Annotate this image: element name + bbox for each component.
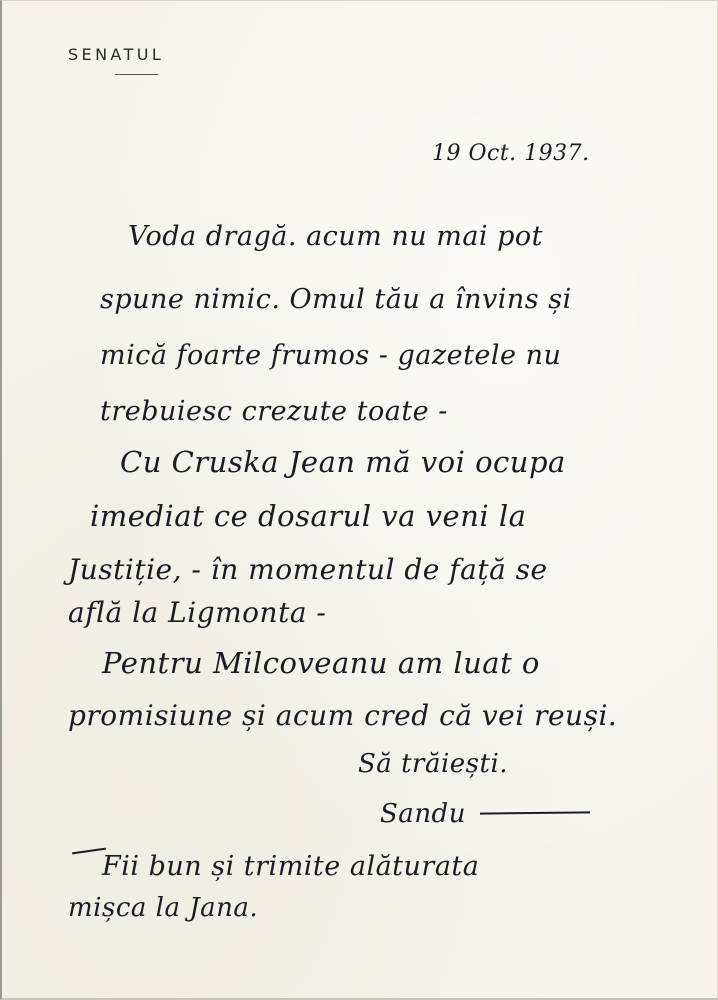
- body-line: Voda dragă. acum nu mai pot: [128, 221, 543, 252]
- postscript-mark: [72, 848, 106, 855]
- signature-flourish: [480, 811, 590, 814]
- letter-date: 19 Oct. 1937.: [432, 141, 590, 166]
- body-line: Pentru Milcoveanu am luat o: [102, 646, 540, 680]
- body-line: imediat ce dosarul va veni la: [90, 499, 526, 533]
- body-line: află la Ligmonta -: [68, 596, 326, 629]
- body-line: Cu Cruska Jean mă voi ocupa: [120, 445, 566, 479]
- signature: Sandu: [380, 799, 466, 829]
- body-line: spune nimic. Omul tău a învins și: [100, 284, 572, 315]
- body-line: Justiție, - în momentul de față se: [68, 553, 548, 586]
- letterhead-title: SENATUL: [68, 45, 164, 64]
- closing-line: Să trăiești.: [358, 749, 508, 779]
- body-line: mică foarte frumos - gazetele nu: [100, 340, 561, 371]
- letter-page: SENATUL 19 Oct. 1937. Voda dragă. acum n…: [0, 0, 718, 1000]
- body-line: promisiune și acum cred că vei reuși.: [68, 699, 617, 732]
- body-line: trebuiesc crezute toate -: [100, 396, 448, 427]
- letterhead-divider: [115, 74, 158, 75]
- postscript-line: mișca la Jana.: [68, 893, 258, 923]
- postscript-line: Fii bun și trimite alăturata: [102, 851, 479, 882]
